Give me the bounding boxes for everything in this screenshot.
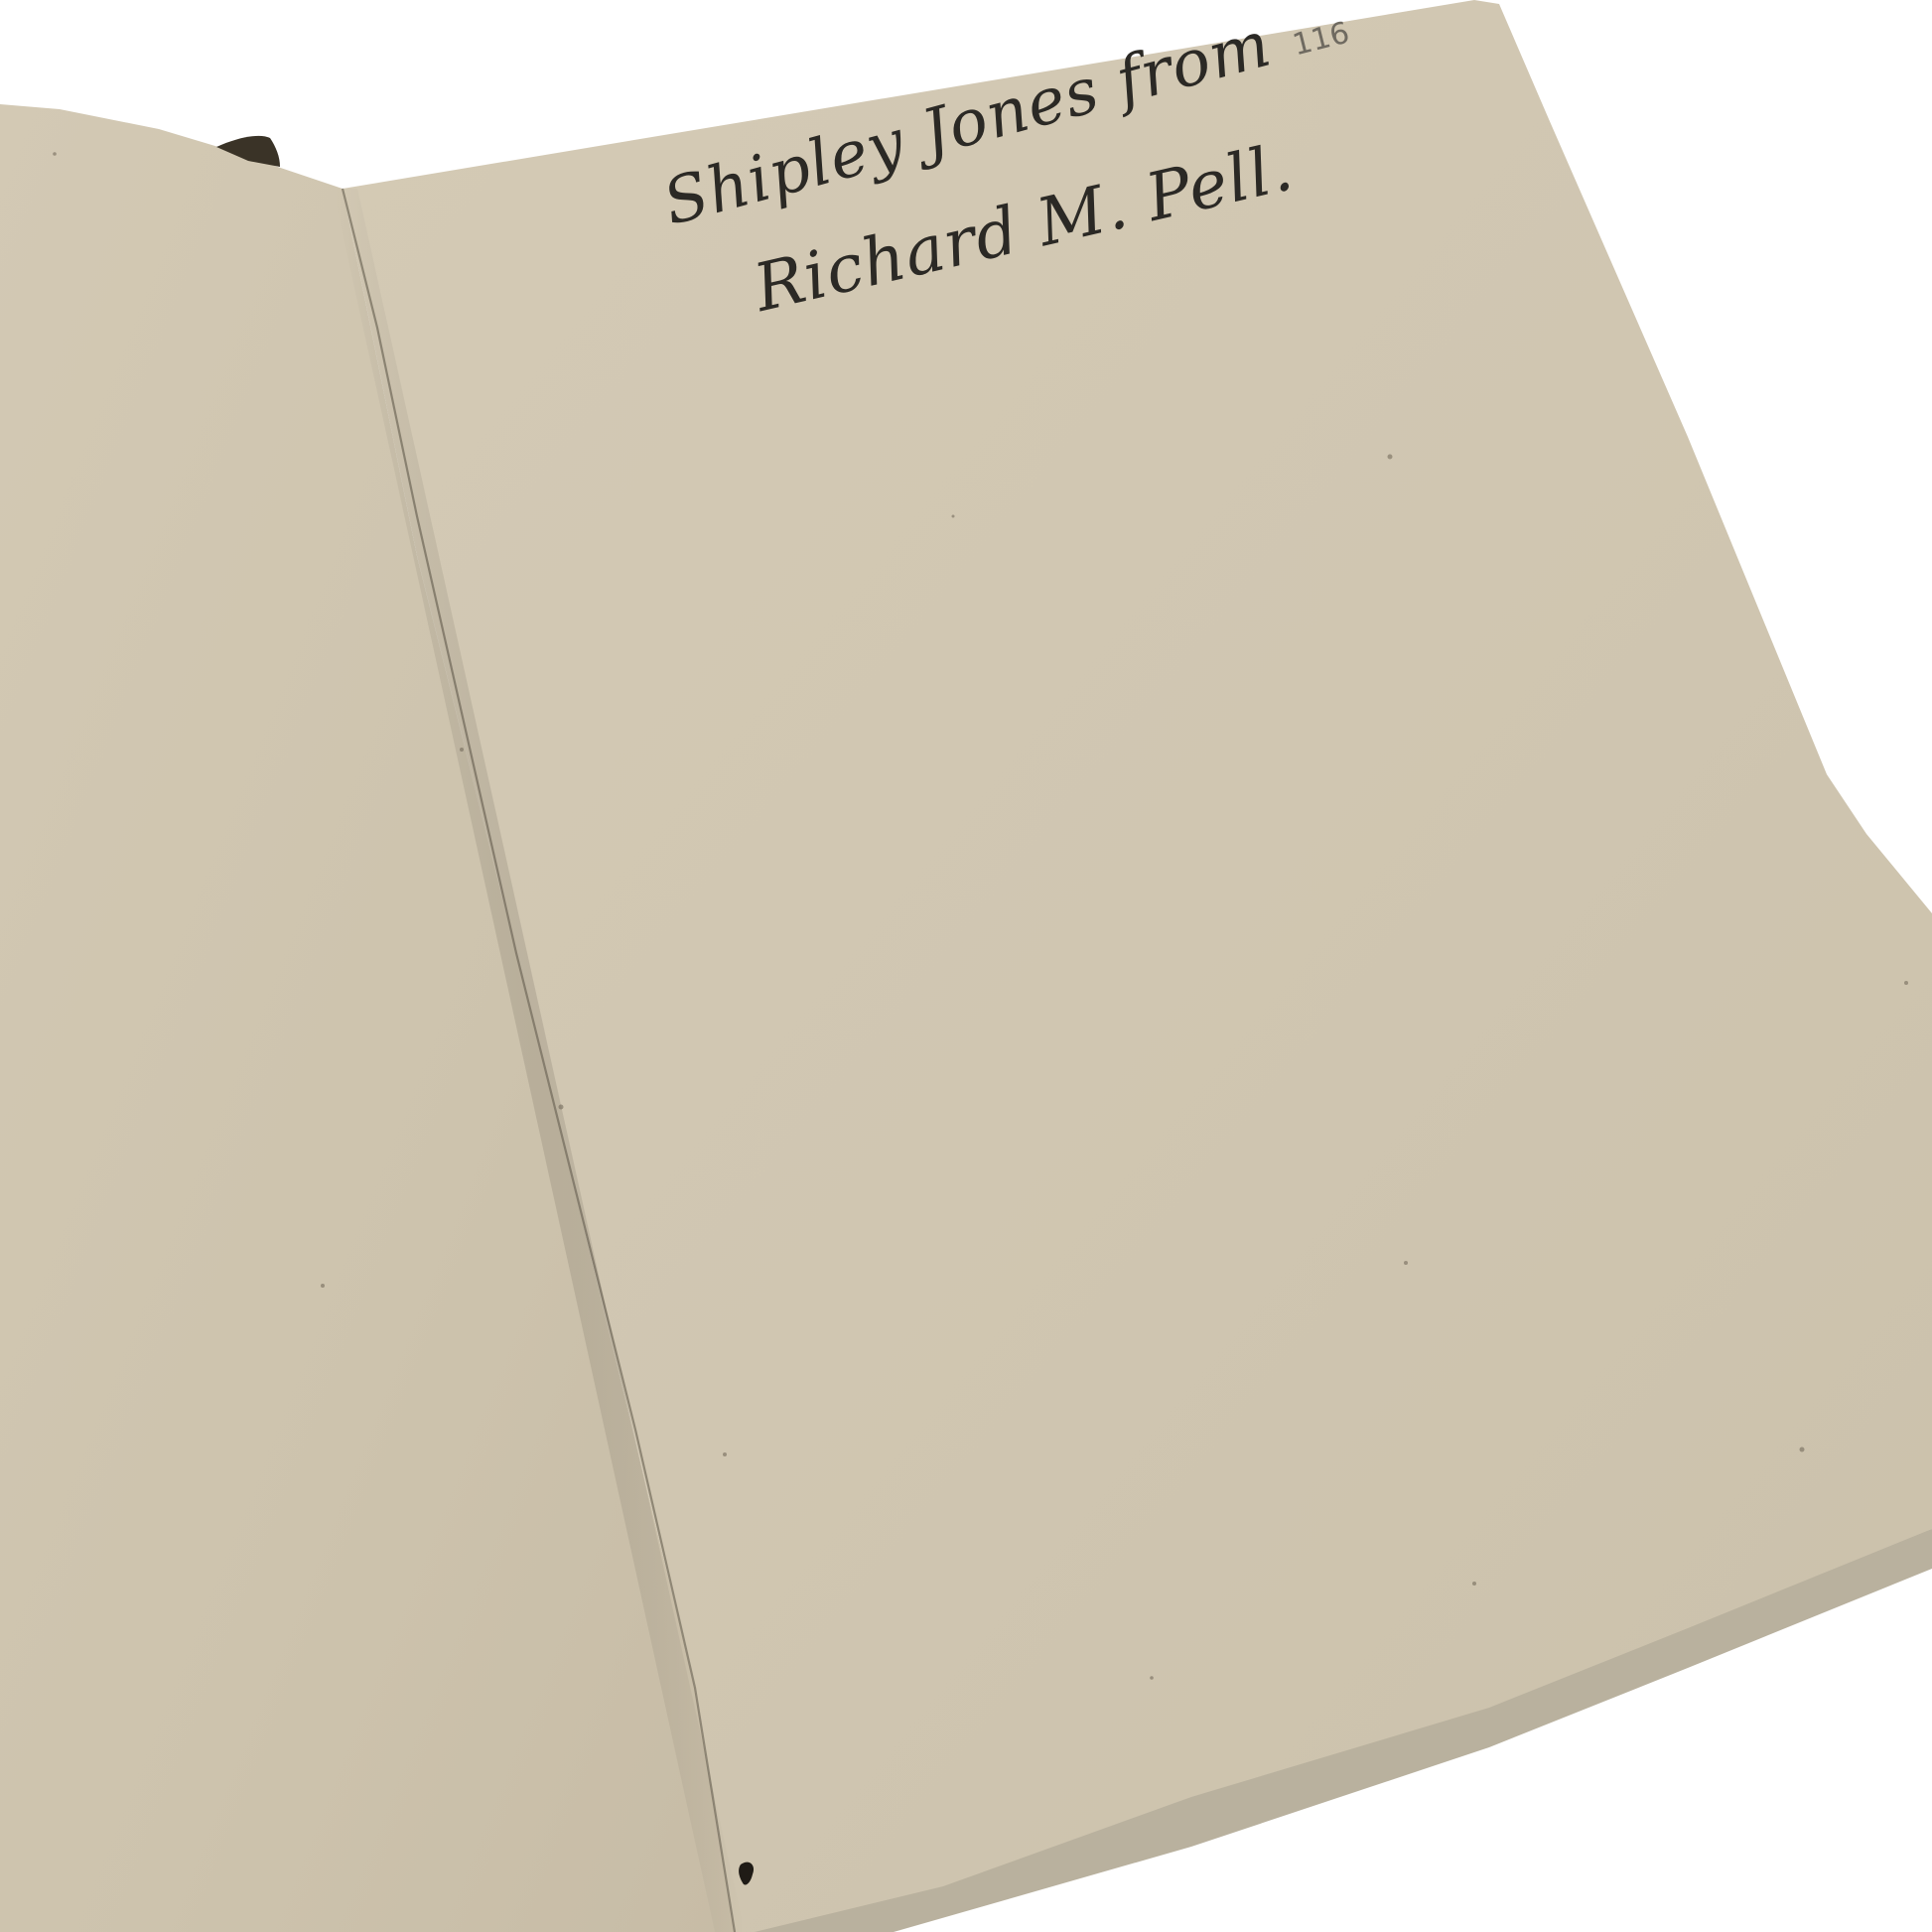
book-photo: [0, 0, 1932, 1932]
